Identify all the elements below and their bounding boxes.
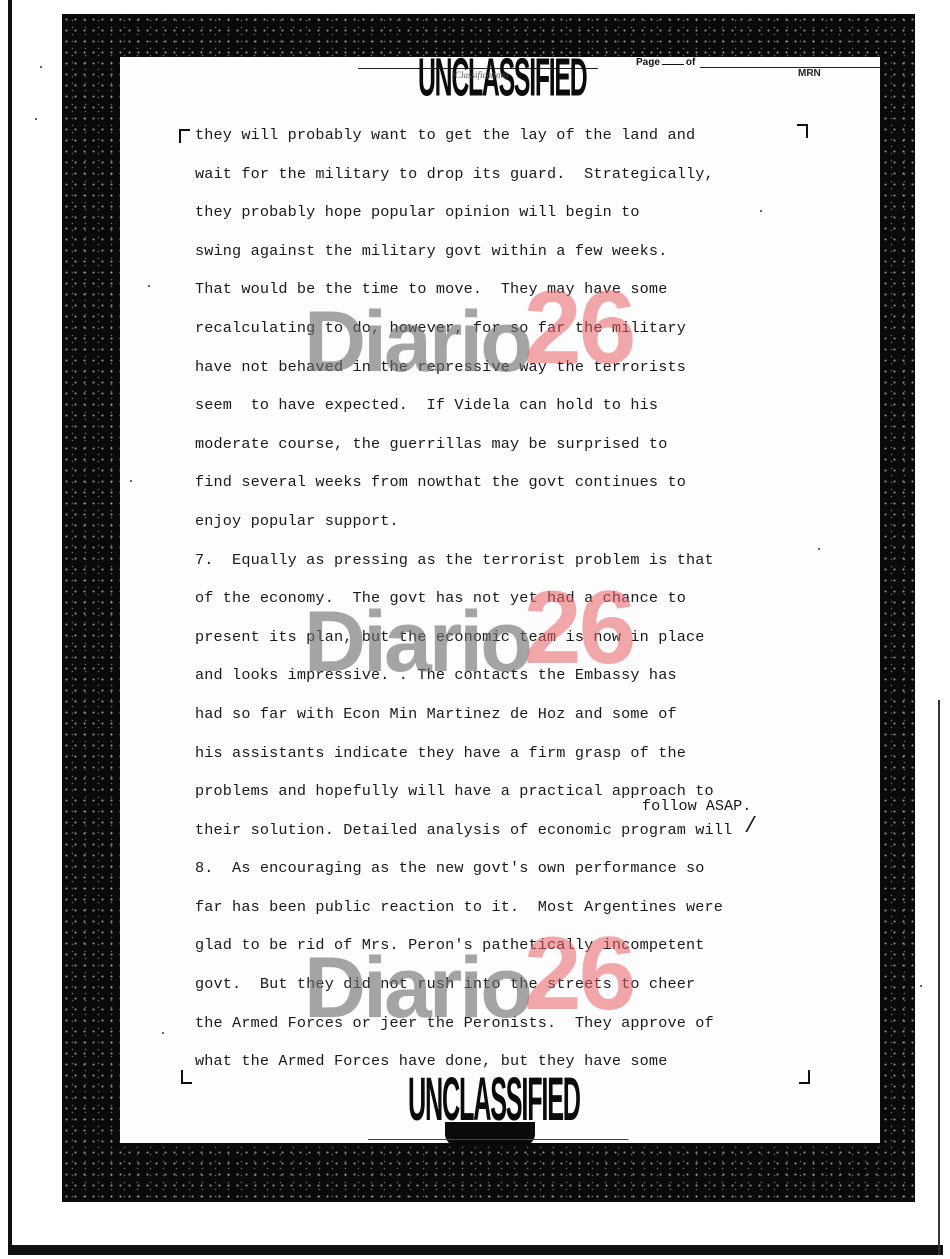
page-number-field: Pageof bbox=[636, 57, 695, 68]
text-line: govt. But they did not rush into the str… bbox=[195, 973, 795, 1012]
scan-speck bbox=[760, 210, 762, 212]
page-label: Page bbox=[636, 57, 660, 68]
header-page-rule bbox=[700, 67, 880, 68]
of-label: of bbox=[686, 57, 695, 68]
text-line: wait for the military to drop its guard.… bbox=[195, 163, 795, 202]
text-line: That would be the time to move. They may… bbox=[195, 278, 795, 317]
scan-speck bbox=[162, 1032, 164, 1034]
scan-edge-bottom bbox=[8, 1245, 943, 1255]
text-line: swing against the military govt within a… bbox=[195, 240, 795, 279]
text-line: of the economy. The govt has not yet had… bbox=[195, 587, 795, 626]
scan-edge-left bbox=[8, 0, 12, 1250]
text-line: 8. As encouraging as the new govt's own … bbox=[195, 857, 795, 896]
stamp-ink-blot bbox=[445, 1122, 535, 1146]
insertion-mark: / bbox=[744, 814, 757, 839]
text-line: their solution. Detailed analysis of eco… bbox=[195, 819, 795, 858]
text-line: find several weeks from nowthat the govt… bbox=[195, 471, 795, 510]
text-line: glad to be rid of Mrs. Peron's pathetica… bbox=[195, 934, 795, 973]
text-line: moderate course, the guerrillas may be s… bbox=[195, 433, 795, 472]
mrn-label: MRN bbox=[798, 68, 821, 79]
scan-speck bbox=[130, 480, 132, 482]
text-line: 7. Equally as pressing as the terrorist … bbox=[195, 549, 795, 588]
scan-speck bbox=[920, 985, 922, 987]
text-line: enjoy popular support. bbox=[195, 510, 795, 549]
text-line: had so far with Econ Min Martinez de Hoz… bbox=[195, 703, 795, 742]
text-line: recalculating to do, however, for so far… bbox=[195, 317, 795, 356]
text-line: present its plan, but the economic team … bbox=[195, 626, 795, 665]
header-classification-caption: (Classification) bbox=[452, 70, 508, 80]
text-line: they probably hope popular opinion will … bbox=[195, 201, 795, 240]
footer-rule bbox=[368, 1139, 628, 1140]
scan-edge-right bbox=[938, 700, 940, 1255]
scan-speck bbox=[40, 66, 42, 68]
crop-mark-bottom-left bbox=[181, 1070, 192, 1084]
crop-mark-top-right bbox=[797, 124, 808, 138]
scan-speck bbox=[148, 285, 150, 287]
page-number-blank bbox=[662, 64, 684, 65]
scan-speck bbox=[35, 118, 37, 120]
text-line: seem to have expected. If Videla can hol… bbox=[195, 394, 795, 433]
text-line: his assistants indicate they have a firm… bbox=[195, 742, 795, 781]
text-line: the Armed Forces or jeer the Peronists. … bbox=[195, 1012, 795, 1051]
text-line: and looks impressive. . The contacts the… bbox=[195, 664, 795, 703]
crop-mark-bottom-right bbox=[799, 1070, 810, 1084]
scan-speck bbox=[818, 548, 820, 550]
text-line: have not behaved in the repressive way t… bbox=[195, 356, 795, 395]
document-body: they will probably want to get the lay o… bbox=[195, 124, 795, 1089]
crop-mark-top-left bbox=[179, 129, 190, 143]
handwritten-insertion: follow ASAP. bbox=[642, 797, 751, 815]
text-line: they will probably want to get the lay o… bbox=[195, 124, 795, 163]
text-line: far has been public reaction to it. Most… bbox=[195, 896, 795, 935]
